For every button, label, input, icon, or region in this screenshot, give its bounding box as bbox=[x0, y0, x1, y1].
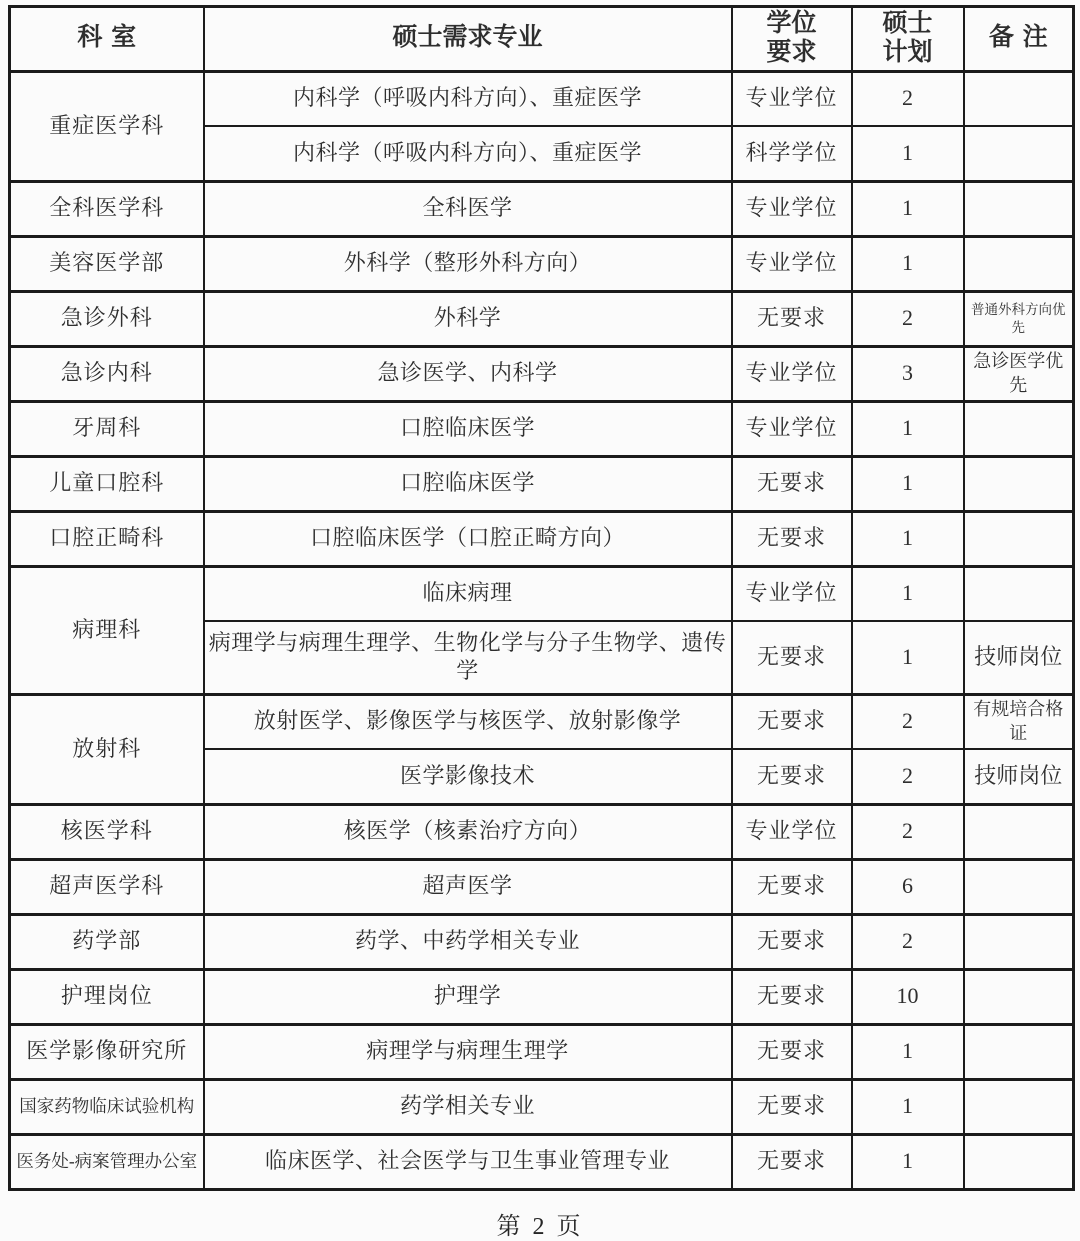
count-cell: 2 bbox=[852, 71, 964, 126]
degree-cell: 无要求 bbox=[732, 511, 852, 566]
major-cell: 病理学与病理生理学 bbox=[204, 1024, 732, 1079]
degree-cell: 无要求 bbox=[732, 914, 852, 969]
count-cell: 1 bbox=[852, 456, 964, 511]
count-cell: 2 bbox=[852, 749, 964, 804]
degree-cell: 科学学位 bbox=[732, 126, 852, 181]
note-cell bbox=[964, 236, 1074, 291]
degree-cell: 专业学位 bbox=[732, 181, 852, 236]
degree-cell: 无要求 bbox=[732, 291, 852, 346]
degree-cell: 专业学位 bbox=[732, 401, 852, 456]
table-row: 美容医学部 外科学（整形外科方向） 专业学位 1 bbox=[10, 236, 1074, 291]
note-cell bbox=[964, 859, 1074, 914]
table-row: 护理岗位 护理学 无要求 10 bbox=[10, 969, 1074, 1024]
note-cell bbox=[964, 181, 1074, 236]
dept-cell: 药学部 bbox=[10, 914, 204, 969]
dept-cell: 医学影像研究所 bbox=[10, 1024, 204, 1079]
major-cell: 内科学（呼吸内科方向）、重症医学 bbox=[204, 71, 732, 126]
document-page: 科室 硕士需求专业 学位 要求 硕士 计划 备注 重症医学科 内科学（呼吸内科方… bbox=[0, 0, 1080, 1233]
major-cell: 内科学（呼吸内科方向）、重症医学 bbox=[204, 126, 732, 181]
dept-cell: 美容医学部 bbox=[10, 236, 204, 291]
table-row: 急诊内科 急诊医学、内科学 专业学位 3 急诊医学优先 bbox=[10, 346, 1074, 401]
count-cell: 1 bbox=[852, 511, 964, 566]
dept-cell: 病理科 bbox=[10, 566, 204, 694]
dept-cell: 全科医学科 bbox=[10, 181, 204, 236]
dept-cell: 儿童口腔科 bbox=[10, 456, 204, 511]
dept-cell: 重症医学科 bbox=[10, 71, 204, 181]
note-cell bbox=[964, 566, 1074, 621]
major-cell: 核医学（核素治疗方向） bbox=[204, 804, 732, 859]
header-department-label: 科室 bbox=[69, 24, 145, 51]
note-cell bbox=[964, 804, 1074, 859]
table-row: 医学影像研究所 病理学与病理生理学 无要求 1 bbox=[10, 1024, 1074, 1079]
note-cell bbox=[964, 126, 1074, 181]
count-cell: 1 bbox=[852, 566, 964, 621]
dept-cell: 急诊外科 bbox=[10, 291, 204, 346]
note-cell bbox=[964, 969, 1074, 1024]
major-cell: 外科学（整形外科方向） bbox=[204, 236, 732, 291]
degree-cell: 专业学位 bbox=[732, 71, 852, 126]
degree-cell: 无要求 bbox=[732, 859, 852, 914]
count-cell: 1 bbox=[852, 1024, 964, 1079]
note-cell bbox=[964, 1134, 1074, 1189]
degree-cell: 无要求 bbox=[732, 1079, 852, 1134]
dept-cell: 急诊内科 bbox=[10, 346, 204, 401]
header-remarks: 备注 bbox=[964, 7, 1074, 72]
note-cell bbox=[964, 71, 1074, 126]
table-row: 超声医学科 超声医学 无要求 6 bbox=[10, 859, 1074, 914]
degree-cell: 无要求 bbox=[732, 1134, 852, 1189]
count-cell: 2 bbox=[852, 291, 964, 346]
count-cell: 1 bbox=[852, 1079, 964, 1134]
major-cell: 病理学与病理生理学、生物化学与分子生物学、遗传学 bbox=[204, 621, 732, 694]
note-cell bbox=[964, 401, 1074, 456]
table-row: 国家药物临床试验机构 药学相关专业 无要求 1 bbox=[10, 1079, 1074, 1134]
major-cell: 口腔临床医学 bbox=[204, 456, 732, 511]
header-department: 科室 bbox=[10, 7, 204, 72]
header-row: 科室 硕士需求专业 学位 要求 硕士 计划 备注 bbox=[10, 7, 1074, 72]
degree-cell: 无要求 bbox=[732, 1024, 852, 1079]
note-cell: 技师岗位 bbox=[964, 749, 1074, 804]
table-row: 医务处-病案管理办公室 临床医学、社会医学与卫生事业管理专业 无要求 1 bbox=[10, 1134, 1074, 1189]
count-cell: 3 bbox=[852, 346, 964, 401]
page-number: 第 2 页 bbox=[8, 1206, 1072, 1241]
major-cell: 药学相关专业 bbox=[204, 1079, 732, 1134]
note-cell bbox=[964, 914, 1074, 969]
note-cell: 有规培合格证 bbox=[964, 694, 1074, 749]
degree-cell: 无要求 bbox=[732, 969, 852, 1024]
major-cell: 临床医学、社会医学与卫生事业管理专业 bbox=[204, 1134, 732, 1189]
count-cell: 2 bbox=[852, 694, 964, 749]
degree-cell: 专业学位 bbox=[732, 236, 852, 291]
major-cell: 外科学 bbox=[204, 291, 732, 346]
count-cell: 6 bbox=[852, 859, 964, 914]
table-row: 重症医学科 内科学（呼吸内科方向）、重症医学 专业学位 2 bbox=[10, 71, 1074, 126]
note-cell: 急诊医学优先 bbox=[964, 346, 1074, 401]
recruitment-table: 科室 硕士需求专业 学位 要求 硕士 计划 备注 重症医学科 内科学（呼吸内科方… bbox=[8, 5, 1075, 1191]
header-remarks-label: 备注 bbox=[980, 24, 1056, 51]
dept-cell: 放射科 bbox=[10, 694, 204, 804]
dept-cell: 超声医学科 bbox=[10, 859, 204, 914]
table-row: 病理科 临床病理 专业学位 1 bbox=[10, 566, 1074, 621]
major-cell: 全科医学 bbox=[204, 181, 732, 236]
count-cell: 1 bbox=[852, 181, 964, 236]
count-cell: 1 bbox=[852, 401, 964, 456]
dept-cell: 牙周科 bbox=[10, 401, 204, 456]
table-row: 全科医学科 全科医学 专业学位 1 bbox=[10, 181, 1074, 236]
note-cell bbox=[964, 1079, 1074, 1134]
dept-cell: 护理岗位 bbox=[10, 969, 204, 1024]
dept-cell: 口腔正畸科 bbox=[10, 511, 204, 566]
major-cell: 药学、中药学相关专业 bbox=[204, 914, 732, 969]
major-cell: 超声医学 bbox=[204, 859, 732, 914]
count-cell: 2 bbox=[852, 914, 964, 969]
degree-cell: 专业学位 bbox=[732, 804, 852, 859]
table-row: 核医学科 核医学（核素治疗方向） 专业学位 2 bbox=[10, 804, 1074, 859]
note-cell bbox=[964, 511, 1074, 566]
major-cell: 医学影像技术 bbox=[204, 749, 732, 804]
dept-cell: 核医学科 bbox=[10, 804, 204, 859]
dept-cell: 医务处-病案管理办公室 bbox=[10, 1134, 204, 1189]
dept-cell: 国家药物临床试验机构 bbox=[10, 1079, 204, 1134]
table-row: 药学部 药学、中药学相关专业 无要求 2 bbox=[10, 914, 1074, 969]
header-major: 硕士需求专业 bbox=[204, 7, 732, 72]
degree-cell: 无要求 bbox=[732, 694, 852, 749]
major-cell: 口腔临床医学（口腔正畸方向） bbox=[204, 511, 732, 566]
table-row: 牙周科 口腔临床医学 专业学位 1 bbox=[10, 401, 1074, 456]
count-cell: 1 bbox=[852, 621, 964, 694]
table-row: 放射科 放射医学、影像医学与核医学、放射影像学 无要求 2 有规培合格证 bbox=[10, 694, 1074, 749]
degree-cell: 专业学位 bbox=[732, 566, 852, 621]
table-row: 儿童口腔科 口腔临床医学 无要求 1 bbox=[10, 456, 1074, 511]
note-cell: 普通外科方向优先 bbox=[964, 291, 1074, 346]
header-degree-requirement: 学位 要求 bbox=[732, 7, 852, 72]
major-cell: 急诊医学、内科学 bbox=[204, 346, 732, 401]
degree-cell: 专业学位 bbox=[732, 346, 852, 401]
major-cell: 临床病理 bbox=[204, 566, 732, 621]
degree-cell: 无要求 bbox=[732, 456, 852, 511]
count-cell: 1 bbox=[852, 236, 964, 291]
count-cell: 1 bbox=[852, 1134, 964, 1189]
major-cell: 放射医学、影像医学与核医学、放射影像学 bbox=[204, 694, 732, 749]
degree-cell: 无要求 bbox=[732, 621, 852, 694]
note-cell bbox=[964, 456, 1074, 511]
count-cell: 10 bbox=[852, 969, 964, 1024]
major-cell: 护理学 bbox=[204, 969, 732, 1024]
table-row: 急诊外科 外科学 无要求 2 普通外科方向优先 bbox=[10, 291, 1074, 346]
count-cell: 1 bbox=[852, 126, 964, 181]
header-master-plan: 硕士 计划 bbox=[852, 7, 964, 72]
note-cell: 技师岗位 bbox=[964, 621, 1074, 694]
note-cell bbox=[964, 1024, 1074, 1079]
table-row: 口腔正畸科 口腔临床医学（口腔正畸方向） 无要求 1 bbox=[10, 511, 1074, 566]
count-cell: 2 bbox=[852, 804, 964, 859]
major-cell: 口腔临床医学 bbox=[204, 401, 732, 456]
degree-cell: 无要求 bbox=[732, 749, 852, 804]
